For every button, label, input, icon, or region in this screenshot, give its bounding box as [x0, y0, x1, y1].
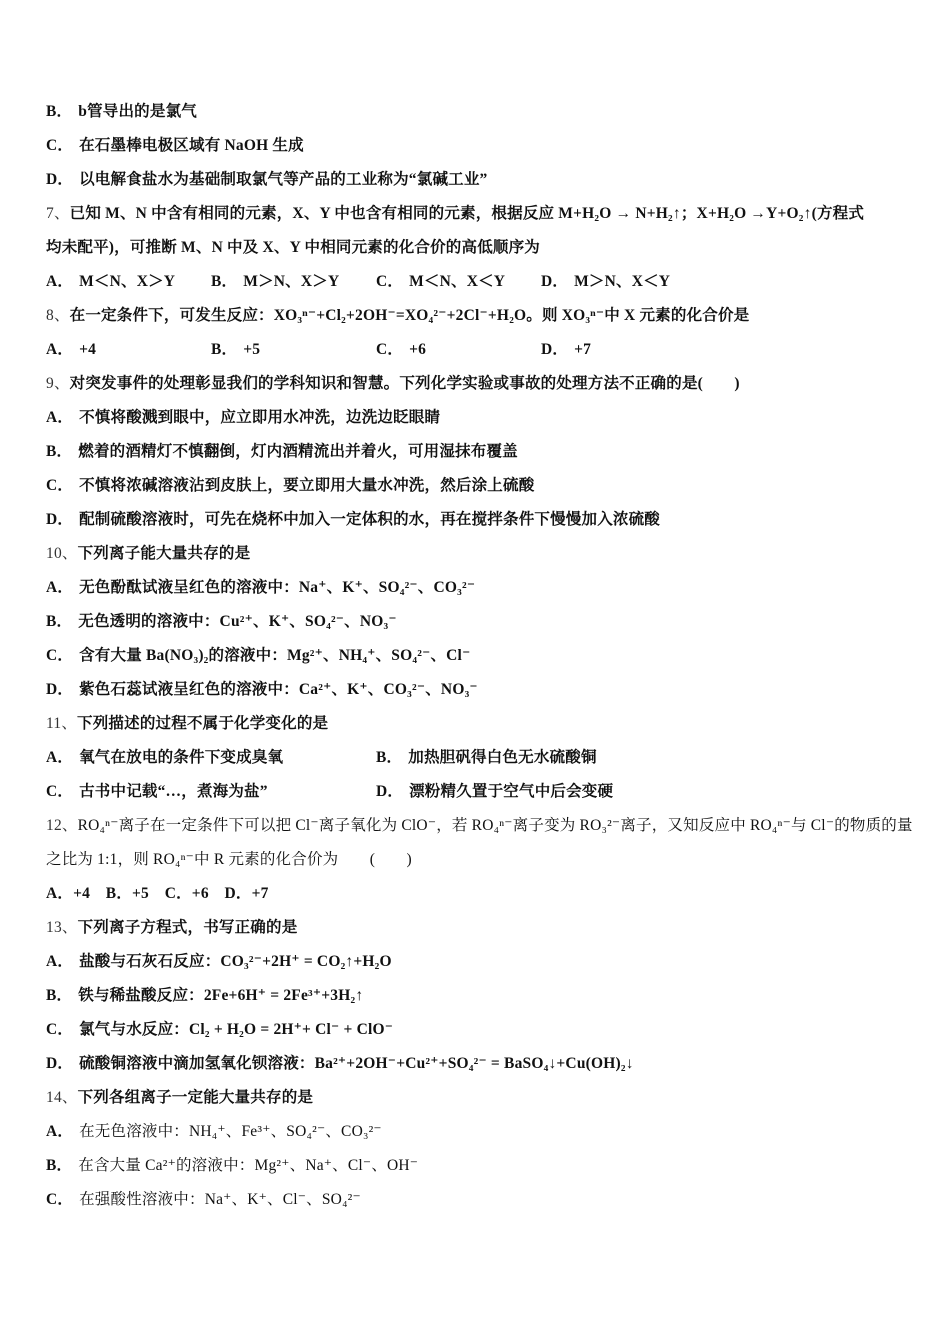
q7-option-c: C．M＜N、X＜Y [376, 270, 541, 304]
q8-stem: 8、在一定条件下，可发生反应：XO₃ⁿ⁻+Cl₂+2OH⁻=XO₄²⁻+2Cl⁻… [46, 304, 916, 338]
q14-stem: 14、下列各组离子一定能大量共存的是 [46, 1086, 916, 1120]
q11-option-a: A．氧气在放电的条件下变成臭氧 [46, 746, 376, 780]
q9-option-a: A．不慎将酸溅到眼中，应立即用水冲洗，边洗边眨眼睛 [46, 406, 916, 440]
q7-option-a: A．M＜N、X＞Y [46, 270, 211, 304]
q13-stem: 13、下列离子方程式，书写正确的是 [46, 916, 916, 950]
q8-option-a: A．+4 [46, 338, 211, 372]
q13-option-b: B．铁与稀盐酸反应：2Fe+6H⁺ = 2Fe³⁺+3H₂↑ [46, 984, 916, 1018]
q9-option-d: D．配制硫酸溶液时，可先在烧杯中加入一定体积的水，再在搅拌条件下慢慢加入浓硫酸 [46, 508, 916, 542]
q6-option-c: C．在石墨棒电极区域有 NaOH 生成 [46, 134, 916, 168]
q12-options: A．+4 B．+5 C．+6 D．+7 [46, 882, 916, 916]
q11-option-d: D．漂粉精久置于空气中后会变硬 [376, 780, 613, 814]
q10-option-c: C．含有大量 Ba(NO₃)₂的溶液中：Mg²⁺、NH₄⁺、SO₄²⁻、Cl⁻ [46, 644, 916, 678]
q10-stem: 10、下列离子能大量共存的是 [46, 542, 916, 576]
q8-option-c: C．+6 [376, 338, 541, 372]
exam-page: B．b管导出的是氯气 C．在石墨棒电极区域有 NaOH 生成 D．以电解食盐水为… [46, 100, 916, 1222]
q8-options: A．+4 B．+5 C．+6 D．+7 [46, 338, 916, 372]
q10-option-b: B．无色透明的溶液中：Cu²⁺、K⁺、SO₄²⁻、NO₃⁻ [46, 610, 916, 644]
q14-option-a: A．在无色溶液中：NH₄⁺、Fe³⁺、SO₄²⁻、CO₃²⁻ [46, 1120, 916, 1154]
q13-option-c: C．氯气与水反应：Cl₂ + H₂O = 2H⁺+ Cl⁻ + ClO⁻ [46, 1018, 916, 1052]
q7-stem: 7、已知 M、N 中含有相同的元素，X、Y 中也含有相同的元素，根据反应 M+H… [46, 202, 916, 236]
q9-option-b: B．燃着的酒精灯不慎翻倒，灯内酒精流出并着火，可用湿抹布覆盖 [46, 440, 916, 474]
q7-option-b: B．M＞N、X＞Y [211, 270, 376, 304]
q14-option-c: C．在强酸性溶液中：Na⁺、K⁺、Cl⁻、SO₄²⁻ [46, 1188, 916, 1222]
q7-options: A．M＜N、X＞Y B．M＞N、X＞Y C．M＜N、X＜Y D．M＞N、X＜Y [46, 270, 916, 304]
q10-option-a: A．无色酚酞试液呈红色的溶液中：Na⁺、K⁺、SO₄²⁻、CO₃²⁻ [46, 576, 916, 610]
q12-stem-cont: 之比为 1:1，则 RO₄ⁿ⁻中 R 元素的化合价为 ( ) [46, 848, 916, 882]
q8-option-d: D．+7 [541, 338, 706, 372]
q11-options-row1: A．氧气在放电的条件下变成臭氧 B．加热胆矾得白色无水硫酸铜 [46, 746, 916, 780]
q11-option-b: B．加热胆矾得白色无水硫酸铜 [376, 746, 597, 780]
q14-option-b: B．在含大量 Ca²⁺的溶液中：Mg²⁺、Na⁺、Cl⁻、OH⁻ [46, 1154, 916, 1188]
q9-stem: 9、对突发事件的处理彰显我们的学科知识和智慧。下列化学实验或事故的处理方法不正确… [46, 372, 916, 406]
q6-option-d: D．以电解食盐水为基础制取氯气等产品的工业称为“氯碱工业” [46, 168, 916, 202]
q11-options-row2: C．古书中记载“…，煮海为盐” D．漂粉精久置于空气中后会变硬 [46, 780, 916, 814]
q12-stem: 12、RO₄ⁿ⁻离子在一定条件下可以把 Cl⁻离子氧化为 ClO⁻，若 RO₄ⁿ… [46, 814, 916, 848]
q6-option-b: B．b管导出的是氯气 [46, 100, 916, 134]
q10-option-d: D．紫色石蕊试液呈红色的溶液中：Ca²⁺、K⁺、CO₃²⁻、NO₃⁻ [46, 678, 916, 712]
q7-option-d: D．M＞N、X＜Y [541, 270, 706, 304]
q8-option-b: B．+5 [211, 338, 376, 372]
q13-option-d: D．硫酸铜溶液中滴加氢氧化钡溶液：Ba²⁺+2OH⁻+Cu²⁺+SO₄²⁻ = … [46, 1052, 916, 1086]
q11-option-c: C．古书中记载“…，煮海为盐” [46, 780, 376, 814]
q13-option-a: A．盐酸与石灰石反应：CO₃²⁻+2H⁺ = CO₂↑+H₂O [46, 950, 916, 984]
q9-option-c: C．不慎将浓碱溶液沾到皮肤上，要立即用大量水冲洗，然后涂上硫酸 [46, 474, 916, 508]
q7-stem-cont: 均未配平)，可推断 M、N 中及 X、Y 中相同元素的化合价的高低顺序为 [46, 236, 916, 270]
q11-stem: 11、下列描述的过程不属于化学变化的是 [46, 712, 916, 746]
